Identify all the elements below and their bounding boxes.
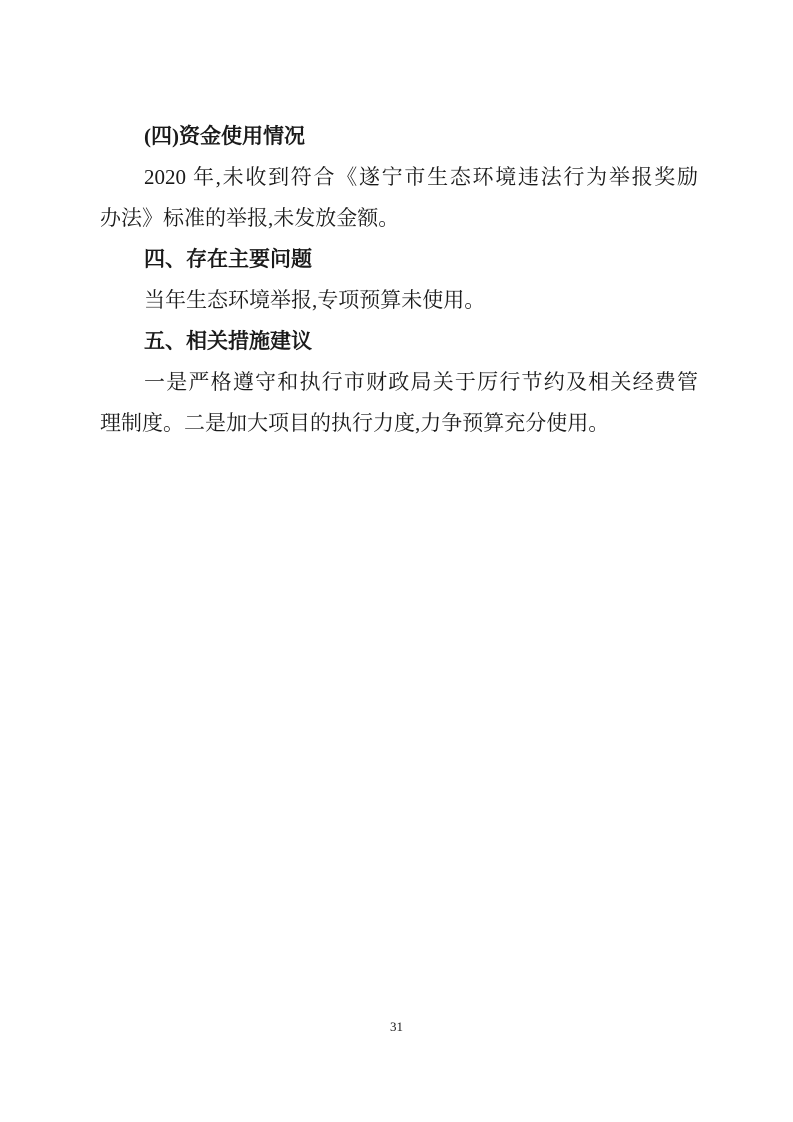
document-body: (四)资金使用情况 2020 年,未收到符合《遂宁市生态环境违法行为举报奖励 办… xyxy=(100,116,698,444)
paragraph-funds-usage-line-1: 2020 年,未收到符合《遂宁市生态环境违法行为举报奖励 xyxy=(100,157,698,198)
paragraph-suggestions-line-2: 理制度。二是加大项目的执行力度,力争预算充分使用。 xyxy=(100,403,698,444)
section-heading-main-problems: 四、存在主要问题 xyxy=(100,239,698,280)
section-heading-suggestions: 五、相关措施建议 xyxy=(100,321,698,362)
paragraph-main-problems: 当年生态环境举报,专项预算未使用。 xyxy=(100,280,698,321)
paragraph-suggestions-line-1: 一是严格遵守和执行市财政局关于厉行节约及相关经费管 xyxy=(100,362,698,403)
paragraph-funds-usage-line-2: 办法》标准的举报,未发放金额。 xyxy=(100,198,698,239)
section-heading-funds-usage: (四)资金使用情况 xyxy=(100,116,698,157)
document-page: (四)资金使用情况 2020 年,未收到符合《遂宁市生态环境违法行为举报奖励 办… xyxy=(0,0,793,1122)
page-number: 31 xyxy=(0,1019,793,1035)
